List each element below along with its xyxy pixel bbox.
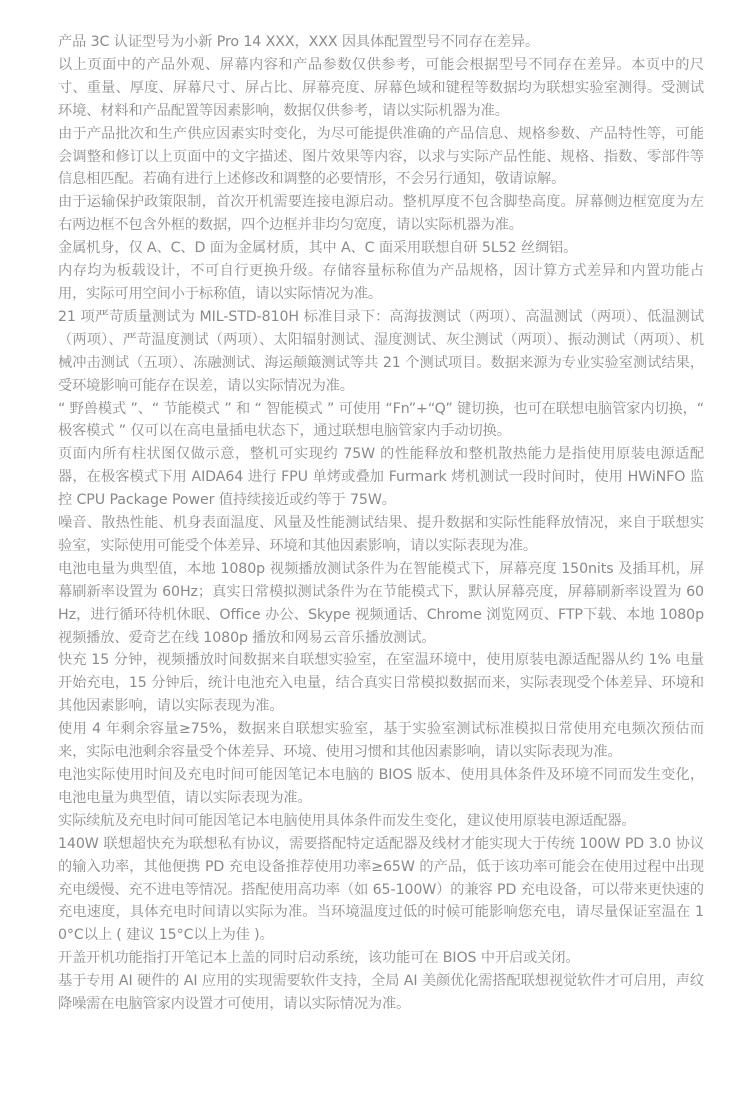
note-140w-charging: 140W 联想超快充为联想私有协议，需要搭配特定适配器及线材才能实现大于传统 1… bbox=[58, 833, 704, 948]
note-lid-open-boot: 开盖开机功能指打开笔记本上盖的同时启动系统，该功能可在 BIOS 中开启或关闭。 bbox=[58, 947, 704, 970]
note-appearance-parameters: 以上页面中的产品外观、屏幕内容和产品参数仅供参考，可能会根据型号不同存在差异。本… bbox=[58, 54, 704, 123]
note-metal-body: 金属机身，仅 A、C、D 面为金属材质，其中 A、C 面采用联想自研 5L52 … bbox=[58, 237, 704, 260]
note-fast-charge: 快充 15 分钟，视频播放时间数据来自联想实验室，在室温环境中，使用原装电源适配… bbox=[58, 649, 704, 718]
note-batch-changes: 由于产品批次和生产供应因素实时变化，为尽可能提供准确的产品信息、规格参数、产品特… bbox=[58, 123, 704, 192]
note-shipping-first-boot: 由于运输保护政策限制，首次开机需要连接电源启动。整机厚度不包含脚垫高度。屏幕侧边… bbox=[58, 191, 704, 237]
note-battery-test-conditions: 电池电量为典型值，本地 1080p 视频播放测试条件为在智能模式下，屏幕亮度 1… bbox=[58, 558, 704, 650]
note-3c-certification: 产品 3C 认证型号为小新 Pro 14 XXX，XXX 因具体配置型号不同存在… bbox=[58, 31, 704, 54]
note-memory-storage: 内存均为板载设计，不可自行更换升级。存储容量标称值为产品规格，因计算方式差异和内… bbox=[58, 260, 704, 306]
note-75w-performance: 页面内所有柱状图仅做示意，整机可实现约 75W 的性能释放和整机散热能力是指使用… bbox=[58, 443, 704, 512]
note-battery-bios: 电池实际使用时间及充电时间可能因笔记本电脑的 BIOS 版本、使用具体条件及环境… bbox=[58, 764, 704, 810]
note-noise-thermal: 噪音、散热性能、机身表面温度、风量及性能测试结果、提升数据和实际性能释放情况，来… bbox=[58, 512, 704, 558]
note-ai-features: 基于专用 AI 硬件的 AI 应用的实现需要软件支持，全局 AI 美颜优化需搭配… bbox=[58, 970, 704, 1016]
note-endurance-adapter: 实际续航及充电时间可能因笔记本电脑使用具体条件而发生变化，建议使用原装电源适配器… bbox=[58, 810, 704, 833]
note-mil-std-tests: 21 项严苛质量测试为 MIL-STD-810H 标准目录下：高海拔测试（两项）… bbox=[58, 306, 704, 398]
disclaimer-notes: 产品 3C 认证型号为小新 Pro 14 XXX，XXX 因具体配置型号不同存在… bbox=[58, 31, 704, 1016]
note-battery-longevity: 使用 4 年剩余容量≥75%，数据来自联想实验室，基于实验室测试标准模拟日常使用… bbox=[58, 718, 704, 764]
note-performance-modes: “ 野兽模式 ”、“ 节能模式 ” 和 “ 智能模式 ” 可使用 “Fn”+“Q… bbox=[58, 398, 704, 444]
